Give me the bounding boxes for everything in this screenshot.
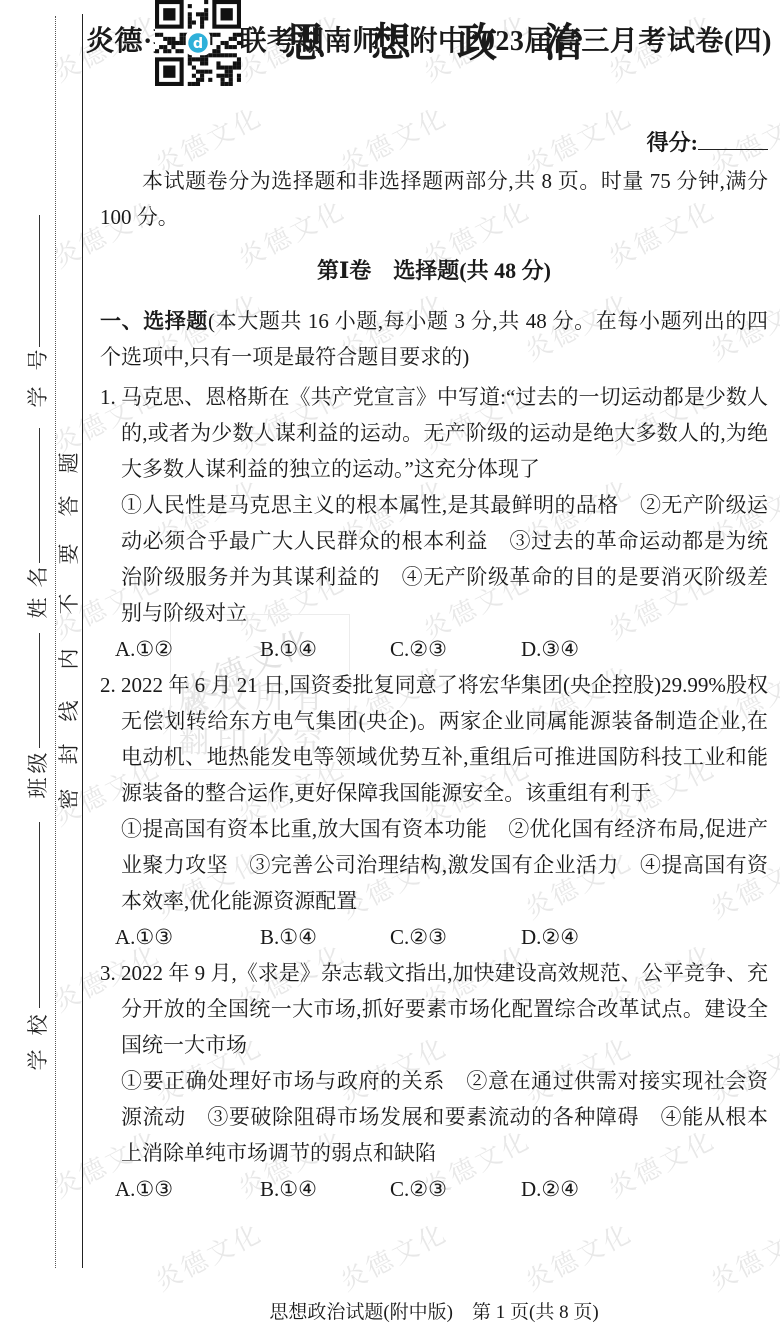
seal-text-char: 内 [56, 646, 82, 672]
field-label-char: 姓 [25, 595, 51, 621]
seal-dotted-line [55, 16, 56, 1268]
seal-text-char: 线 [56, 698, 82, 724]
seal-text-char: 不 [56, 591, 82, 617]
field-label-char: 学 [25, 384, 51, 410]
field-label-char: 学 [25, 1047, 51, 1073]
seal-text-char: 题 [56, 450, 82, 476]
field-blank-line [39, 633, 40, 748]
seal-text-char: 答 [56, 493, 82, 519]
field-blank-line [39, 428, 40, 563]
field-blank-line [39, 822, 40, 1008]
field-label-char: 名 [25, 564, 51, 590]
seal-text-char: 要 [56, 541, 82, 567]
field-label-char: 级 [25, 750, 51, 776]
field-blank-line [39, 215, 40, 347]
field-label-char: 班 [25, 775, 51, 801]
seal-solid-line [82, 14, 83, 1268]
seal-text-char: 封 [56, 741, 82, 767]
field-label-char: 校 [25, 1012, 51, 1038]
sealing-margin: 号学名姓级班校学 题答要不内线封密 [0, 0, 780, 1344]
seal-text-char: 密 [56, 786, 82, 812]
field-label-char: 号 [25, 347, 51, 373]
